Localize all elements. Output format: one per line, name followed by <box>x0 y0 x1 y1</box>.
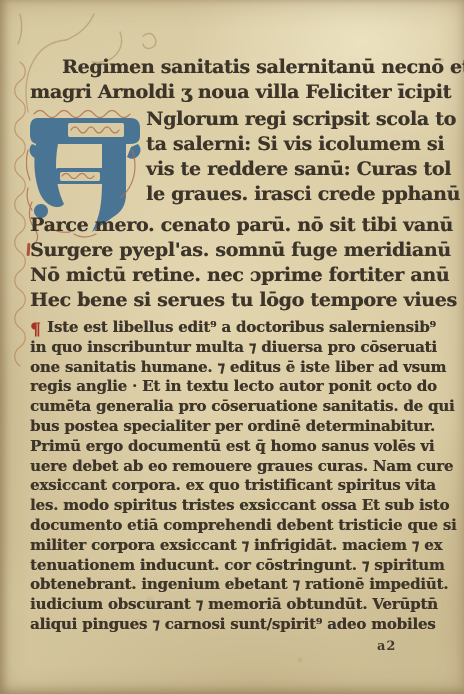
commentary-line: obtenebrant. ingenium ebetant ⁊ rationē … <box>30 575 456 595</box>
commentary-line: aliqui pingues ⁊ carnosi sunt/spirit⁹ ad… <box>30 615 456 635</box>
signature-mark: a2 <box>377 639 396 654</box>
commentary-line: documento etiā comprehendi debent tristi… <box>30 516 456 536</box>
verse-line: Hec bene si serues tu lōgo tempore viues <box>30 288 457 313</box>
commentary-line: Primū ergo documentū est q̄ homo sanus v… <box>30 437 456 457</box>
commentary-line: bus postea specialiter per ordinē determ… <box>30 417 456 437</box>
verse-block: Parce mero. cenato parū. nō sit tibi van… <box>30 213 457 313</box>
commentary-line: one sanitatis humane. ⁊ editus ē iste li… <box>30 358 456 378</box>
incipit-title: Regimen sanitatis salernitanū necnō etma… <box>30 55 464 105</box>
commentary-line: exsiccant corpora. ex quo tristificant s… <box>30 476 456 496</box>
commentary-line: in quo inscribuntur multa ⁊ diuersa pro … <box>30 338 456 358</box>
commentary-line: regis anglie · Et in textu lecto autor p… <box>30 377 456 397</box>
verse-line: Nglorum regi scripsit scola to <box>146 107 460 132</box>
verse-line: vis te reddere sanū: Curas tol <box>146 157 460 182</box>
verse-line: le graues. irasci crede pphanū <box>146 182 460 207</box>
verse-block-beside-initial: Nglorum regi scripsit scola tota salerni… <box>146 107 460 207</box>
commentary-line: Iste est libellus edit⁹ a doctoribus sal… <box>30 318 456 338</box>
verse-line: Nō mictū retine. nec ɔprime fortiter anū <box>30 263 457 288</box>
verse-line: ta salerni: Si vis icolumem si <box>146 132 460 157</box>
commentary-block: Iste est libellus edit⁹ a doctoribus sal… <box>30 318 456 635</box>
manuscript-page: Regimen sanitatis salernitanū necnō etma… <box>0 0 464 694</box>
title-line: Regimen sanitatis salernitanū necnō et <box>30 55 464 80</box>
commentary-line: cumēta generalia pro cōseruatione sanita… <box>30 397 456 417</box>
commentary-line: militer corpora exsiccant ⁊ infrigidāt. … <box>30 536 456 556</box>
commentary-line: les. modo spiritus tristes exsiccant oss… <box>30 496 456 516</box>
commentary-line: iudicium obscurant ⁊ memoriā obtundūt. V… <box>30 595 456 615</box>
verse-line: Surgere pyepl'as. somnū fuge meridianū <box>30 238 457 263</box>
title-line: magri Arnoldi ʒ noua villa Feliciter īci… <box>30 80 464 105</box>
commentary-line: tenuationem inducunt. cor cōstringunt. ⁊… <box>30 556 456 576</box>
commentary-line: uere debet ab eo remouere graues curas. … <box>30 457 456 477</box>
verse-line: Parce mero. cenato parū. nō sit tibi van… <box>30 213 457 238</box>
